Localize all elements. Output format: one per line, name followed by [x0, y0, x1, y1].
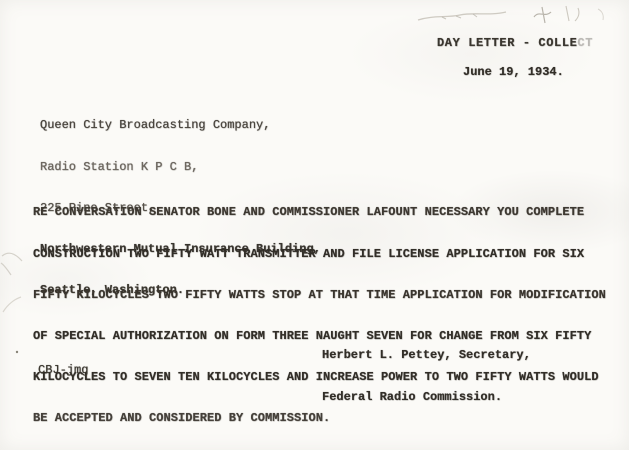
- message-body-line: RE CONVERSATION SENATOR BONE AND COMMISS…: [33, 206, 606, 220]
- recipient-line: Radio Station K P C B,: [40, 161, 321, 175]
- pencil-scribble-top: [412, 1, 622, 29]
- pencil-scribble-left: [0, 248, 28, 378]
- ink-speck: [16, 351, 18, 353]
- date-line: June 19, 1934.: [463, 66, 564, 80]
- reference-initials: CBJ-jmg: [38, 364, 88, 378]
- message-body-line: FIFTY KILOCYCLES TWO FIFTY WATTS STOP AT…: [33, 289, 606, 303]
- signature-block: Herbert L. Pettey, Secretary, Federal Ra…: [322, 320, 531, 432]
- handling-instruction: DAY LETTER - COLLECT: [437, 37, 593, 51]
- signatory-name: Herbert L. Pettey, Secretary,: [322, 348, 531, 362]
- handling-instruction-text: DAY LETTER - COLLE: [437, 36, 577, 50]
- scanned-telegram-document: DAY LETTER - COLLECT June 19, 1934. Quee…: [0, 0, 629, 450]
- signatory-organization: Federal Radio Commission.: [322, 390, 531, 404]
- message-body-line: CONSTRUCTION TWO FIFTY WATT TRANSMITTER …: [33, 248, 606, 262]
- recipient-line: Queen City Broadcasting Company,: [40, 119, 321, 133]
- handling-instruction-faded-text: CT: [577, 36, 593, 50]
